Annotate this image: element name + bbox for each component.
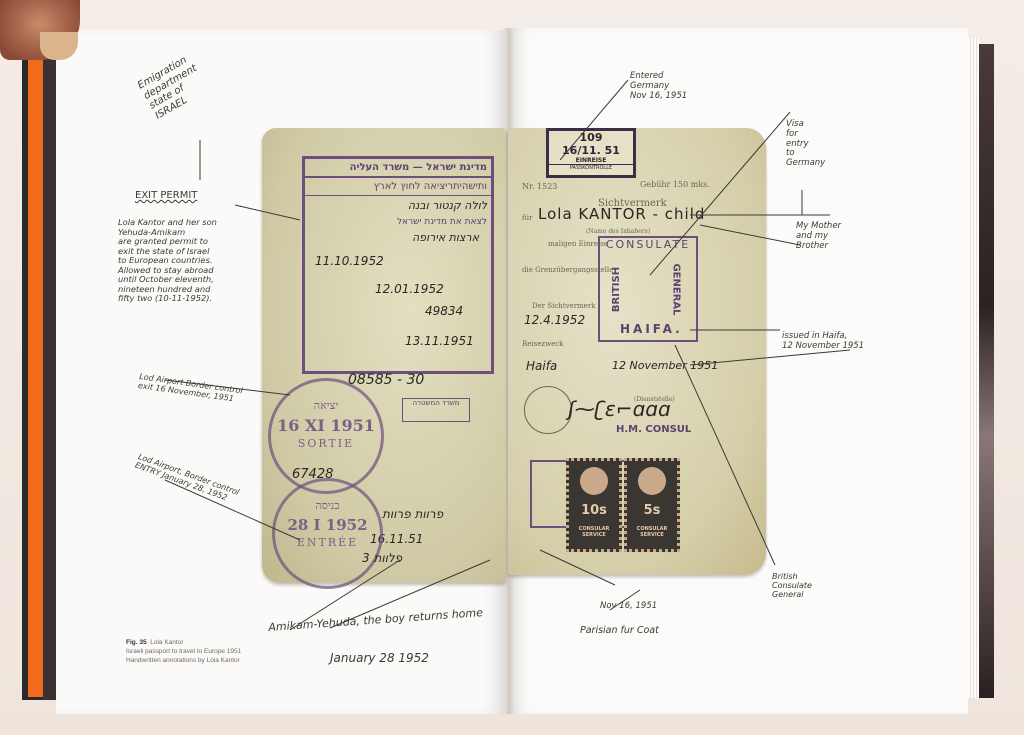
annotation-mother-brother: My Mother and my Brother: [796, 222, 841, 251]
exit-permit-stamp: מדינת ישראל — משרד העליה ותישהיתריציאה ל…: [302, 156, 494, 374]
round-stamp-date: 28 I 1952: [275, 516, 380, 534]
caption-line-1: Israeli passport to travel to Europe 195…: [126, 648, 241, 657]
stamp-top: CONSULATE: [600, 238, 696, 251]
handwritten-serial: 08585 - 30: [348, 372, 424, 388]
visa-for-label: für: [522, 214, 532, 222]
entry-round-stamp: כניסה 28 I 1952 ENTRÉE: [272, 478, 383, 589]
annotation-nov-16: Nov 16, 1951: [600, 602, 657, 612]
annotation-permit-text: Lola Kantor and her son Yehuda-Amikam ar…: [118, 218, 217, 304]
annotation-british-consulate: British Consulate General: [772, 572, 812, 600]
stamp-date-3: 13.11.1951: [305, 320, 491, 348]
caption-line-2: Handwritten annotations by Lola Kantor: [126, 657, 241, 666]
stamp-date-2: 12.01.1952: [305, 270, 491, 298]
german-entry-stamp: 109 16/11. 51 EINREISE PASSKONTROLLE: [546, 128, 636, 178]
fee-stamp-10s: 10s CONSULAR SERVICE: [566, 458, 622, 552]
visa-issue-place: Haifa: [526, 360, 557, 374]
consul-signature: ʃ⁓ʗɛ⌐ɑɑɑ: [568, 398, 671, 421]
stamp-number: 109: [549, 131, 633, 144]
passport-page-right: 109 16/11. 51 EINREISE PASSKONTROLLE Nr.…: [508, 128, 766, 575]
stamp-name-line: לולה קנטור ובנה: [305, 196, 491, 215]
passport-page-left: מדינת ישראל — משרד העליה ותישהיתריציאה ל…: [262, 128, 506, 583]
stamp-label: CONSULAR SERVICE: [627, 526, 677, 538]
stamp-label: CONSULAR SERVICE: [569, 526, 619, 538]
stamp-line: ותישהיתריציאה לחוץ לארץ: [305, 178, 491, 196]
stamp-valid-until: 11.10.1952: [305, 246, 491, 270]
visa-issue-date: 12 November 1951: [612, 360, 718, 373]
fee-stamp-5s: 5s CONSULAR SERVICE: [624, 458, 680, 552]
visa-valid-date: 12.4.1952: [524, 314, 585, 328]
round-stamp-date: 16 XI 1951: [271, 416, 381, 435]
annotation-parisian-fur-coat: Parisian fur Coat: [580, 626, 659, 637]
annotation-entered-germany: Entered Germany Nov 16, 1951: [630, 72, 687, 101]
round-stamp-top: כניסה: [275, 499, 380, 512]
visa-fee: Gebühr 150 mks.: [640, 180, 710, 189]
round-stamp-label: SORTIE: [271, 437, 381, 450]
stamp-number: 49834: [305, 298, 491, 320]
official-seal-circle: [524, 386, 572, 434]
visa-holder-name: Lola KANTOR - child: [538, 206, 705, 223]
king-portrait: [580, 467, 608, 495]
visa-validity-label: Der Sichtvermerk: [532, 302, 595, 310]
stamp-header: מדינת ישראל — משרד העליה: [305, 159, 491, 178]
visa-name-label: (Name des Inhabers): [586, 228, 650, 235]
figure-caption: Fig. 35 Lola Kantor Israeli passport to …: [126, 639, 241, 665]
stamp-label: EINREISE: [549, 157, 633, 164]
stamp-value: 10s: [569, 503, 619, 518]
handwritten-note-hebrew: פרוות פרוות: [382, 508, 443, 522]
round-stamp-top: יציאה: [271, 399, 381, 412]
visa-purpose-label: Reisezweck: [522, 340, 563, 348]
figure-author: Lola Kantor: [150, 639, 183, 646]
british-consulate-stamp: CONSULATE BRITISH GENERAL HAIFA.: [598, 236, 698, 342]
annotation-amikam-date: January 28 1952: [330, 652, 429, 666]
stamp-value: 5s: [627, 503, 677, 518]
stamp-bottom: PASSKONTROLLE: [549, 164, 633, 171]
stamp-city: HAIFA.: [620, 322, 683, 336]
stamp-destination-label: לצאת את מדינת ישראל: [305, 215, 491, 229]
figure-number: Fig. 35: [126, 639, 147, 646]
stamp-right: GENERAL: [670, 263, 681, 315]
handwritten-bottom-note: 3 פלוות: [362, 552, 402, 566]
round-stamp-label: ENTRÉE: [275, 536, 380, 549]
stamp-left: BRITISH: [611, 267, 622, 312]
king-portrait: [638, 467, 666, 495]
book-cover-right: [978, 44, 994, 698]
annotation-exit-permit: EXIT PERMIT: [135, 190, 197, 202]
police-small-stamp: משרד המשטרה: [402, 398, 470, 422]
annotation-visa-germany: Visa for entry to Germany: [786, 120, 825, 169]
visa-number: Nr. 1523: [522, 182, 557, 191]
stamp-destination: ארצות אירופה: [305, 229, 491, 246]
cover-edge-strip: [43, 40, 57, 700]
consul-title: H.M. CONSUL: [616, 424, 691, 435]
stamp-date: 16/11. 51: [549, 144, 633, 157]
annotation-issued-haifa: issued in Haifa, 12 November 1951: [782, 332, 864, 352]
